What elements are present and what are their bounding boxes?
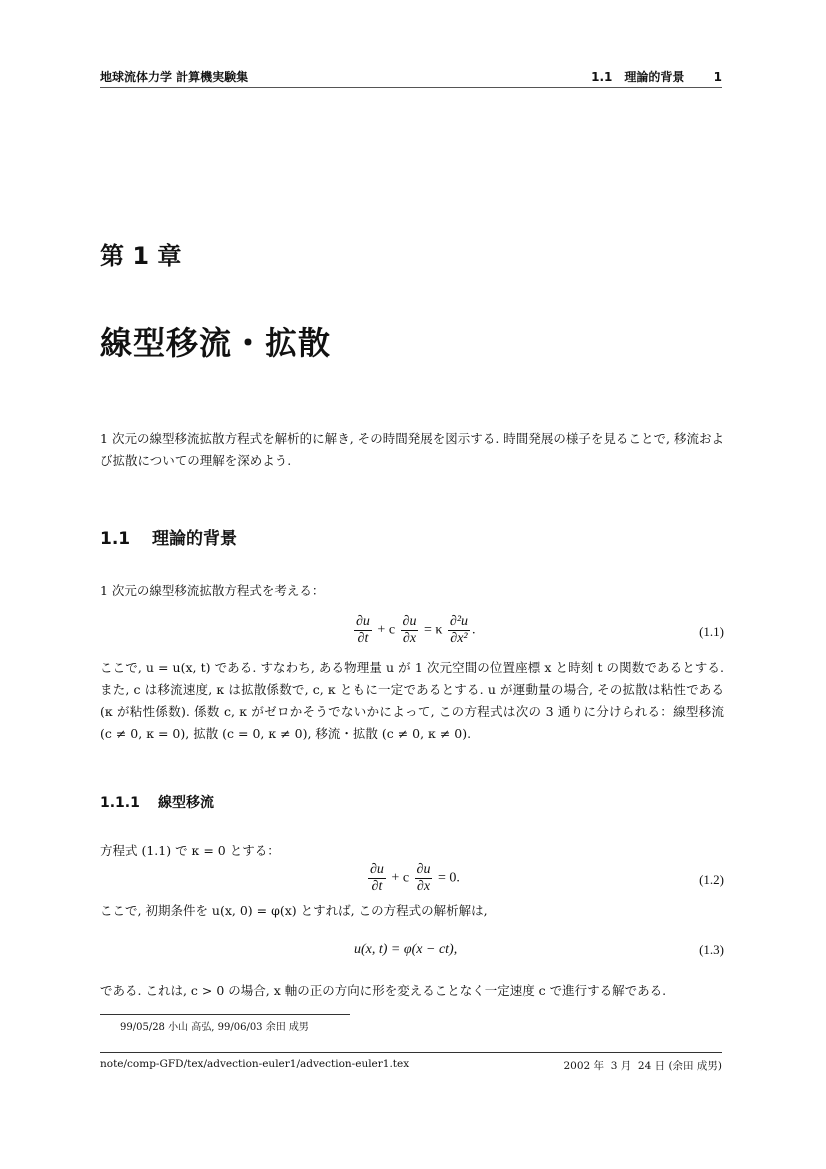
footer-file-path: note/comp-GFD/tex/advection-euler1/advec… <box>100 1058 409 1070</box>
operator: = κ <box>424 623 442 638</box>
fraction: ∂u∂x <box>415 862 433 895</box>
denominator: ∂x <box>415 879 432 895</box>
numerator: ∂u <box>415 862 433 879</box>
subsection-lead: 方程式 (1.1) で κ = 0 とする： <box>100 840 724 862</box>
footnote-rule <box>100 1014 350 1015</box>
subsection-heading: 1.1.1線型移流 <box>100 792 214 812</box>
fraction: ∂u∂t <box>368 862 386 895</box>
running-header: 地球流体力学 計算機実験集 1.1 理論的背景 1 <box>100 68 722 88</box>
section-number: 1.1 <box>100 529 152 549</box>
equation-1-3: u(x, t) = φ(x − ct), (1.3) <box>100 942 724 966</box>
chapter-label: 第 1 章 <box>100 236 181 271</box>
equation-body: ∂u∂t + c ∂u∂x = κ ∂²u∂x². <box>352 614 476 647</box>
denominator: ∂t <box>370 879 385 895</box>
section-heading: 1.1理論的背景 <box>100 524 237 549</box>
explanation-paragraph: ここで, u = u(x, t) である. すなわち, ある物理量 u が 1 … <box>100 657 724 745</box>
book-title: 地球流体力学 計算機実験集 <box>100 68 248 85</box>
equation-body: ∂u∂t + c ∂u∂x = 0. <box>366 862 460 895</box>
footnote: 99/05/28 小山 高弘, 99/06/03 余田 成男 <box>120 1018 309 1033</box>
intro-paragraph: 1 次元の線型移流拡散方程式を解析的に解き, その時間発展を図示する. 時間発展… <box>100 428 724 472</box>
section-title: 理論的背景 <box>152 529 237 549</box>
fraction: ∂²u∂x² <box>448 614 470 647</box>
numerator: ∂u <box>354 614 372 631</box>
footer-date-author: 2002 年 3 月 24 日 (余田 成男) <box>564 1058 723 1073</box>
section-ref: 1.1 理論的背景 <box>591 70 684 84</box>
denominator: ∂x² <box>448 631 469 647</box>
operator: + c <box>377 623 395 638</box>
page-number: 1 <box>714 70 722 84</box>
operator: + c <box>391 871 409 886</box>
numerator: ∂u <box>368 862 386 879</box>
initial-condition-text: ここで, 初期条件を u(x, 0) = φ(x) とすれば, この方程式の解析… <box>100 900 724 922</box>
chapter-title: 線型移流・拡散 <box>100 318 331 364</box>
fraction: ∂u∂t <box>354 614 372 647</box>
fraction: ∂u∂x <box>401 614 419 647</box>
denominator: ∂t <box>356 631 371 647</box>
header-right: 1.1 理論的背景 1 <box>591 68 722 85</box>
subsection-number: 1.1.1 <box>100 795 158 811</box>
numerator: ∂²u <box>448 614 470 631</box>
operator: = 0. <box>438 871 460 886</box>
equation-number: (1.2) <box>699 872 724 888</box>
equation-1-1: ∂u∂t + c ∂u∂x = κ ∂²u∂x². (1.1) <box>100 614 724 654</box>
equation-number: (1.1) <box>699 624 724 640</box>
denominator: ∂x <box>401 631 418 647</box>
punctuation: . <box>472 623 476 638</box>
section-lead: 1 次元の線型移流拡散方程式を考える： <box>100 580 724 602</box>
subsection-title: 線型移流 <box>158 795 214 811</box>
numerator: ∂u <box>401 614 419 631</box>
footer-rule <box>100 1052 722 1053</box>
header-rule <box>100 87 722 88</box>
equation-1-2: ∂u∂t + c ∂u∂x = 0. (1.2) <box>100 862 724 902</box>
equation-body: u(x, t) = φ(x − ct), <box>354 942 457 958</box>
equation-number: (1.3) <box>699 942 724 958</box>
conclusion-paragraph: である. これは, c > 0 の場合, x 軸の正の方向に形を変えることなく一… <box>100 980 724 1002</box>
